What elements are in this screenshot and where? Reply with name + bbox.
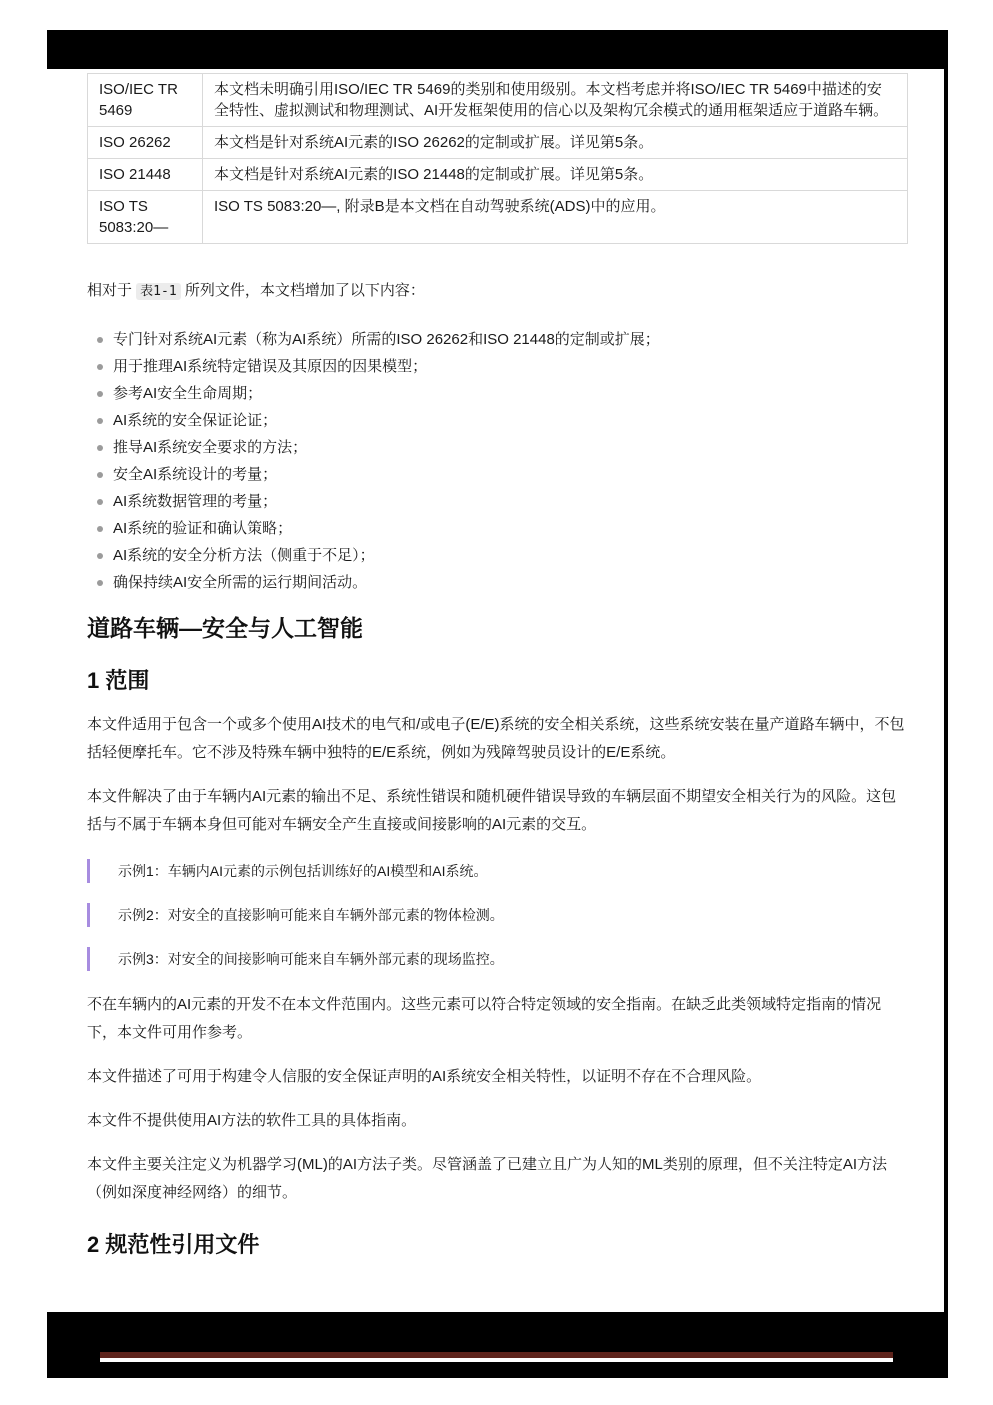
addition-item: 参考AI安全生命周期； xyxy=(113,384,908,404)
scope-paragraph: 本文件不提供使用AI方法的软件工具的具体指南。 xyxy=(87,1107,908,1135)
standard-description-cell: 本文档未明确引用ISO/IEC TR 5469的类别和使用级别。本文档考虑并将I… xyxy=(203,74,908,127)
standard-description-cell: 本文档是针对系统AI元素的ISO 21448的定制或扩展。详见第5条。 xyxy=(203,159,908,191)
table-row: ISO TS 5083:20— ISO TS 5083:20—, 附录B是本文档… xyxy=(88,191,908,244)
scope-paragraph: 本文件适用于包含一个或多个使用AI技术的电气和/或电子(E/E)系统的安全相关系… xyxy=(87,711,908,767)
document-title: 道路车辆—安全与人工智能 xyxy=(87,613,908,643)
document-content: ISO/IEC TR 5469 本文档未明确引用ISO/IEC TR 5469的… xyxy=(47,69,944,1259)
scope-paragraph: 本文件解决了由于车辆内AI元素的输出不足、系统性错误和随机硬件错误导致的车辆层面… xyxy=(87,783,908,839)
addition-item: AI系统的安全保证论证； xyxy=(113,411,908,431)
example-block: 示例1：车辆内AI元素的示例包括训练好的AI模型和AI系统。 xyxy=(87,859,908,883)
table-row: ISO/IEC TR 5469 本文档未明确引用ISO/IEC TR 5469的… xyxy=(88,74,908,127)
standard-ref-cell: ISO/IEC TR 5469 xyxy=(88,74,203,127)
standard-ref-cell: ISO 26262 xyxy=(88,127,203,159)
section-heading-normative-references: 2 规范性引用文件 xyxy=(87,1231,908,1259)
addition-item: AI系统的安全分析方法（侧重于不足）； xyxy=(113,546,908,566)
addition-item: 安全AI系统设计的考量； xyxy=(113,465,908,485)
additions-intro: 相对于 表1-1 所列文件，本文档增加了以下内容： xyxy=(87,280,908,303)
footer-white-rule xyxy=(100,1358,893,1362)
addition-item: 用于推理AI系统特定错误及其原因的因果模型； xyxy=(113,357,908,377)
addition-item: AI系统数据管理的考量； xyxy=(113,492,908,512)
intro-text-after: 所列文件，本文档增加了以下内容： xyxy=(181,282,425,299)
addition-item: 专门针对系统AI元素（称为AI系统）所需的ISO 26262和ISO 21448… xyxy=(113,330,908,350)
example-block: 示例3：对安全的间接影响可能来自车辆外部元素的现场监控。 xyxy=(87,947,908,971)
addition-item: 确保持续AI安全所需的运行期间活动。 xyxy=(113,573,908,593)
intro-text-before: 相对于 xyxy=(87,282,136,299)
scope-paragraph: 本文件主要关注定义为机器学习(ML)的AI方法子类。尽管涵盖了已建立且广为人知的… xyxy=(87,1151,908,1207)
addition-item: AI系统的验证和确认策略； xyxy=(113,519,908,539)
section-heading-scope: 1 范围 xyxy=(87,667,908,695)
scope-paragraph: 本文件描述了可用于构建令人信服的安全保证声明的AI系统安全相关特性，以证明不存在… xyxy=(87,1063,908,1091)
additions-list: 专门针对系统AI元素（称为AI系统）所需的ISO 26262和ISO 21448… xyxy=(87,330,908,593)
table-row: ISO 26262 本文档是针对系统AI元素的ISO 26262的定制或扩展。详… xyxy=(88,127,908,159)
table-reference-code: 表1-1 xyxy=(136,283,180,300)
scope-paragraph: 不在车辆内的AI元素的开发不在本文件范围内。这些元素可以符合特定领域的安全指南。… xyxy=(87,991,908,1047)
related-standards-table: ISO/IEC TR 5469 本文档未明确引用ISO/IEC TR 5469的… xyxy=(87,73,908,244)
standard-description-cell: ISO TS 5083:20—, 附录B是本文档在自动驾驶系统(ADS)中的应用… xyxy=(203,191,908,244)
standard-description-cell: 本文档是针对系统AI元素的ISO 26262的定制或扩展。详见第5条。 xyxy=(203,127,908,159)
example-block: 示例2：对安全的直接影响可能来自车辆外部元素的物体检测。 xyxy=(87,903,908,927)
standard-ref-cell: ISO 21448 xyxy=(88,159,203,191)
document-page: ISO/IEC TR 5469 本文档未明确引用ISO/IEC TR 5469的… xyxy=(47,69,944,1312)
addition-item: 推导AI系统安全要求的方法； xyxy=(113,438,908,458)
standard-ref-cell: ISO TS 5083:20— xyxy=(88,191,203,244)
table-row: ISO 21448 本文档是针对系统AI元素的ISO 21448的定制或扩展。详… xyxy=(88,159,908,191)
